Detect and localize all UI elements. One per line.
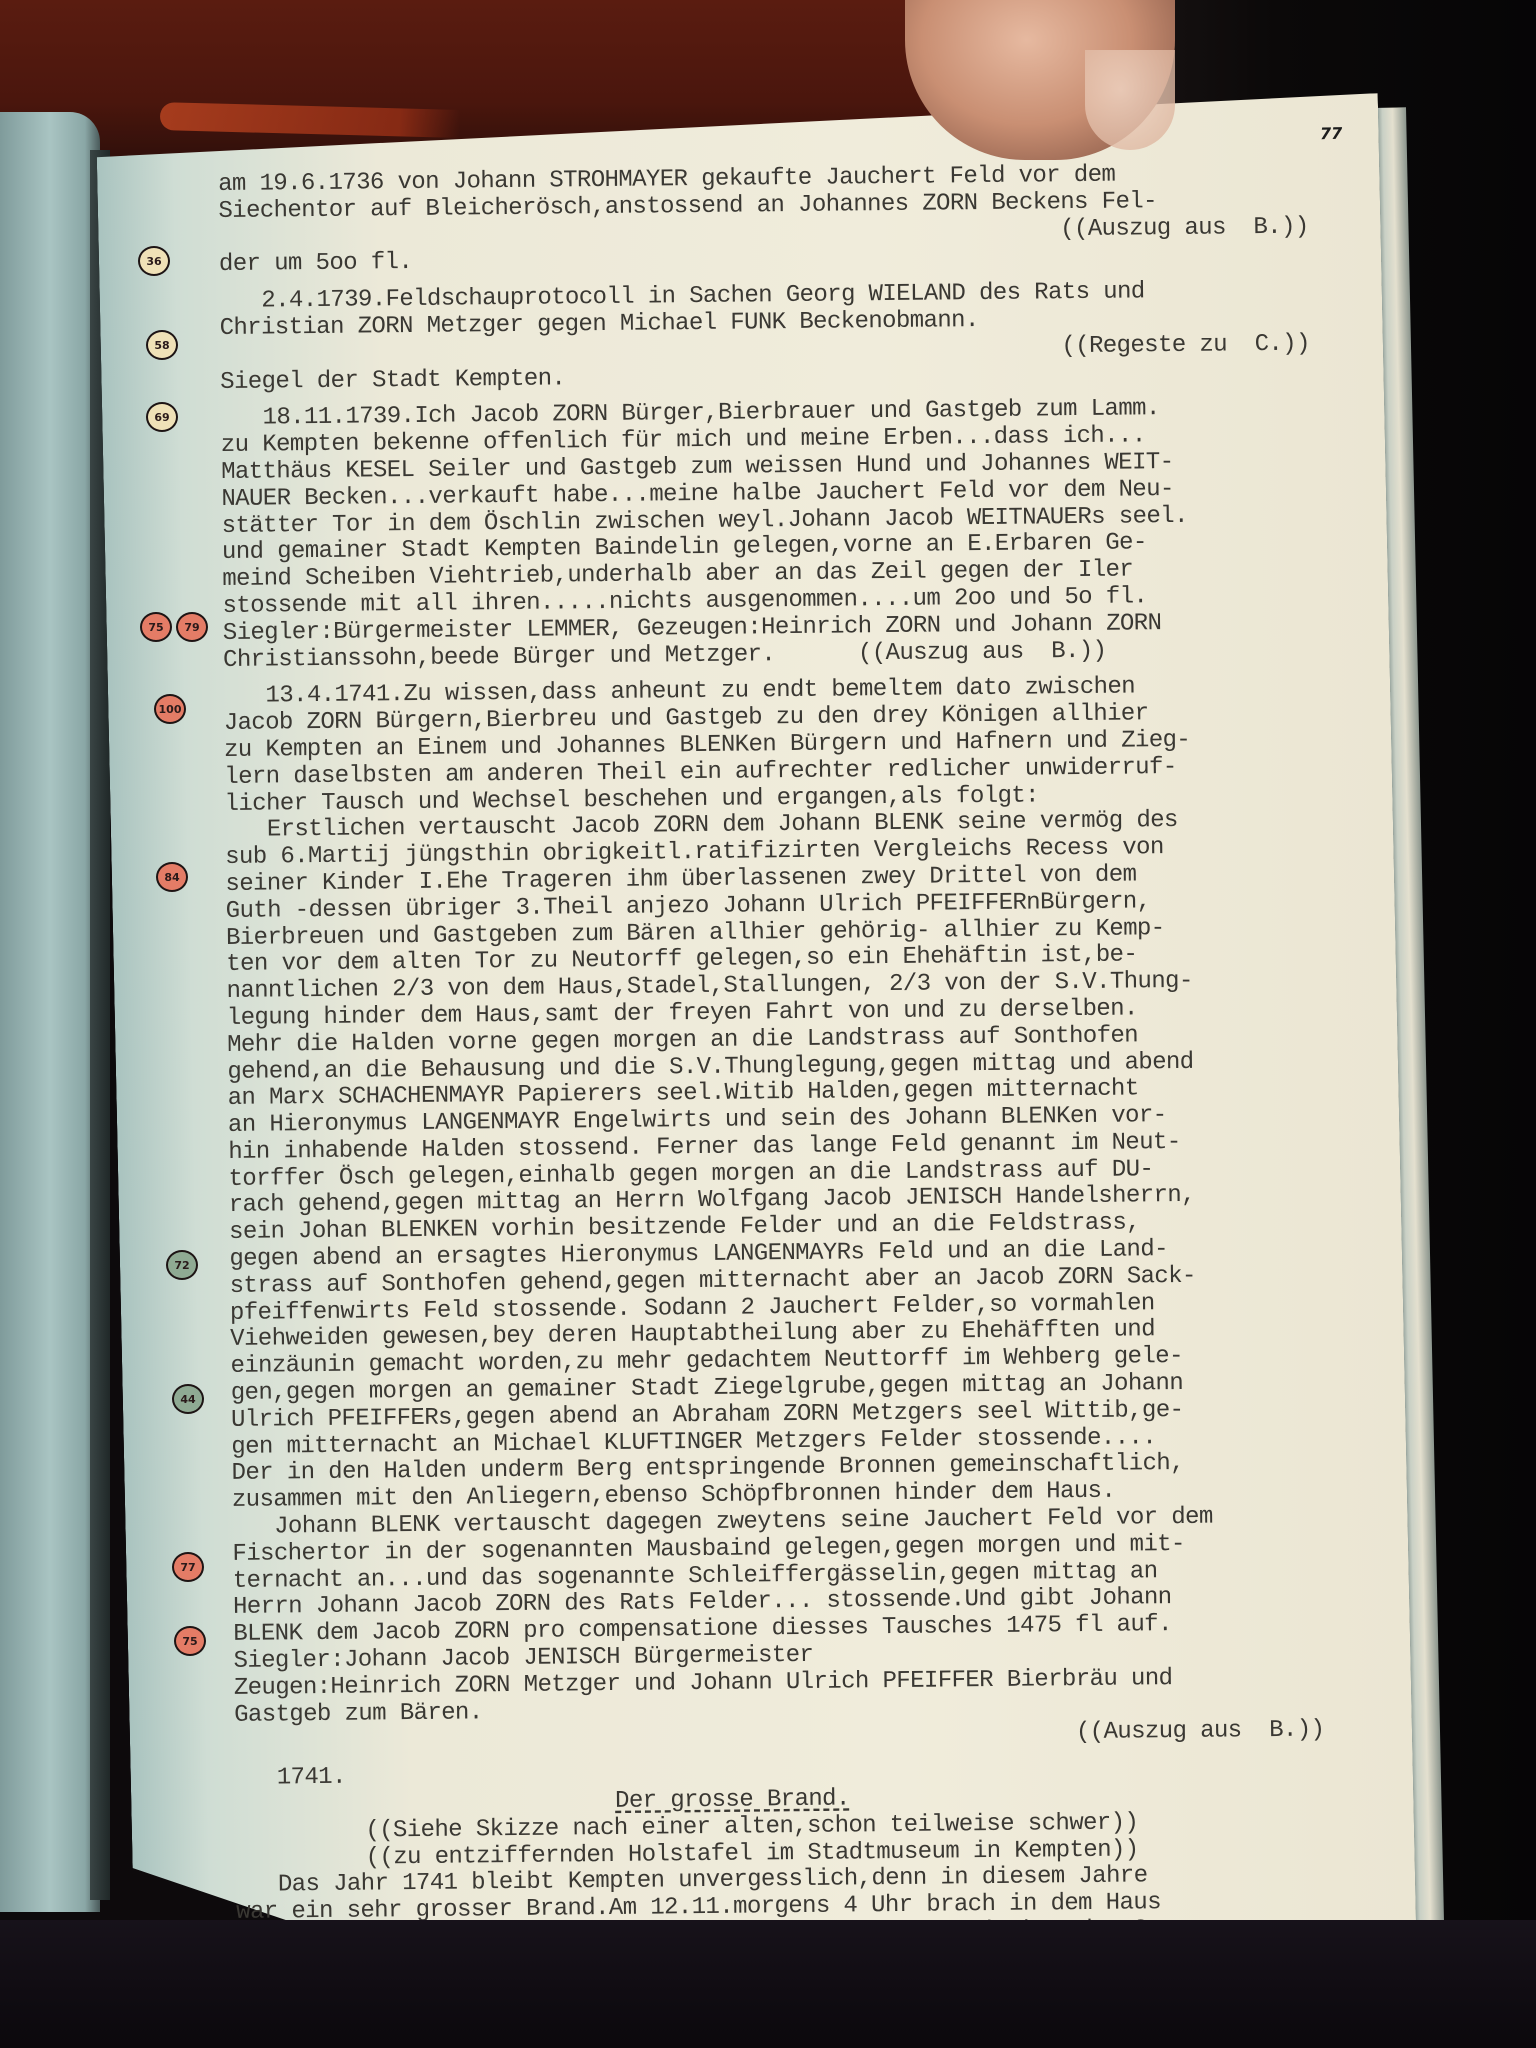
margin-marker: 75 [140, 612, 172, 642]
margin-marker: 72 [166, 1250, 198, 1280]
thumbnail [1085, 50, 1175, 150]
margin-marker: 58 [146, 330, 178, 360]
typewritten-text-body: am 19.6.1736 von Johann STROHMAYER gekau… [218, 160, 1387, 1981]
margin-marker: 36 [138, 246, 170, 276]
dark-floor [0, 1920, 1536, 2048]
margin-marker: 69 [146, 402, 178, 432]
margin-marker: 75 [174, 1626, 206, 1656]
left-page-curl [0, 112, 100, 1912]
margin-marker: 44 [172, 1384, 204, 1414]
margin-marker: 77 [172, 1552, 204, 1582]
margin-marker: 84 [156, 862, 188, 892]
page-number: 77 [1320, 124, 1343, 143]
margin-marker: 100 [154, 694, 186, 724]
margin-marker: 79 [176, 612, 208, 642]
